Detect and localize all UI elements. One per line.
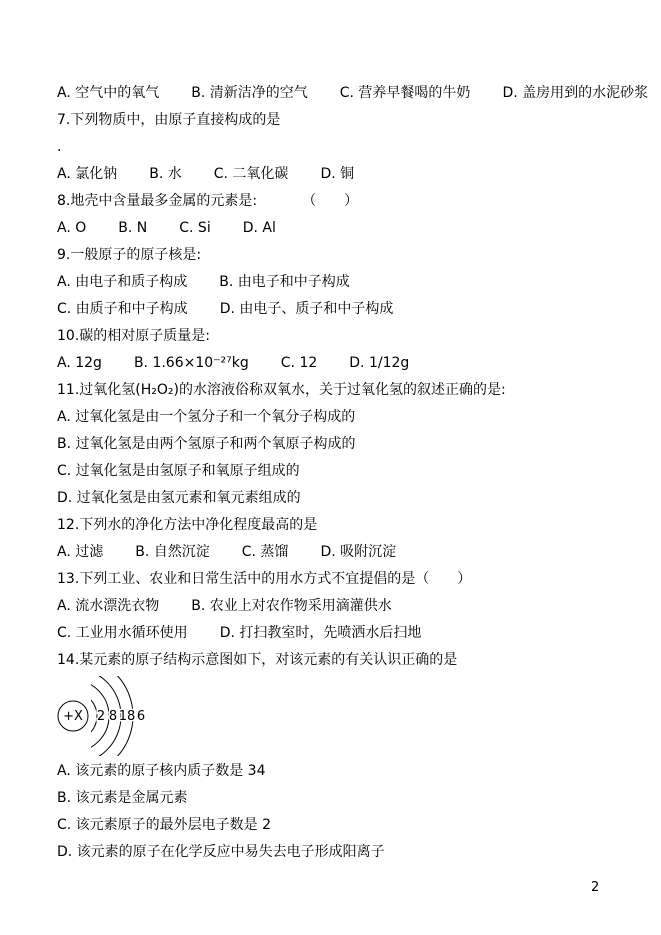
q7-stem: 7.下列物质中，由原子直接构成的是 [57, 107, 643, 134]
q13-options-cd: C. 工业用水循环使用D. 打扫教室时，先喷洒水后扫地 [57, 620, 643, 647]
q9-stem: 9.一般原子的原子核是: [57, 242, 643, 269]
option: C. Si [179, 215, 210, 242]
option: A. 12g [57, 350, 102, 377]
option: B. 过氧化氢是由两个氢原子和两个氧原子构成的 [57, 431, 356, 458]
page-number: 2 [591, 880, 599, 896]
q14-option-b: B. 该元素是金属元素 [57, 785, 643, 812]
option: D. 吸附沉淀 [320, 539, 396, 566]
q11-stem: 11.过氧化氢(H₂O₂)的水溶液俗称双氧水，关于过氧化氢的叙述正确的是: [57, 377, 643, 404]
option: B. 清新洁净的空气 [191, 80, 308, 107]
atom-structure-svg: +X28186 [53, 676, 173, 756]
stem-text: 13.下列工业、农业和日常生活中的用水方式不宜提倡的是（ ） [57, 571, 471, 587]
option: B. 该元素是金属元素 [57, 785, 188, 812]
q14-option-c: C. 该元素原子的最外层电子数是 2 [57, 812, 643, 839]
answer-bracket: （ ） [302, 193, 358, 209]
option: B. 自然沉淀 [135, 539, 210, 566]
option: C. 蒸馏 [242, 539, 289, 566]
option: A. 由电子和质子构成 [57, 269, 187, 296]
option: C. 该元素原子的最外层电子数是 2 [57, 812, 271, 839]
stem-text: 10.碳的相对原子质量是: [57, 328, 210, 344]
option: D. 该元素的原子在化学反应中易失去电子形成阳离子 [57, 839, 385, 866]
option: C. 二氧化碳 [214, 161, 289, 188]
option: C. 工业用水循环使用 [57, 620, 188, 647]
option: C. 营养早餐喝的牛奶 [340, 80, 471, 107]
q12-options: A. 过滤B. 自然沉淀C. 蒸馏D. 吸附沉淀 [57, 539, 643, 566]
q10-stem: 10.碳的相对原子质量是: [57, 323, 643, 350]
option: A. 过滤 [57, 539, 103, 566]
option: D. Al [243, 215, 276, 242]
option: D. 打扫教室时，先喷洒水后扫地 [220, 620, 422, 647]
shell-electron-count: 8 [109, 709, 117, 724]
q13-stem: 13.下列工业、农业和日常生活中的用水方式不宜提倡的是（ ） [57, 566, 643, 593]
stem-text: 14.某元素的原子结构示意图如下，对该元素的有关认识正确的是 [57, 652, 457, 668]
option: B. 1.66×10⁻²⁷kg [134, 350, 249, 377]
stem-text: 11.过氧化氢(H₂O₂)的水溶液俗称双氧水，关于过氧化氢的叙述正确的是: [57, 382, 506, 398]
nucleus-label: +X [63, 709, 83, 724]
q8-options: A. OB. NC. SiD. Al [57, 215, 643, 242]
option: D. 过氧化氢是由氢元素和氧元素组成的 [57, 485, 301, 512]
option: B. 农业上对农作物采用滴灌供水 [191, 593, 392, 620]
q14-stem: 14.某元素的原子结构示意图如下，对该元素的有关认识正确的是 [57, 647, 643, 674]
stem-text: 12.下列水的净化方法中净化程度最高的是 [57, 517, 317, 533]
q14-option-a: A. 该元素的原子核内质子数是 34 [57, 758, 643, 785]
option: A. 过氧化氢是由一个氢分子和一个氧分子构成的 [57, 404, 355, 431]
option: D. 盖房用到的水泥砂浆 [502, 80, 648, 107]
option: D. 铜 [320, 161, 354, 188]
q9-options-ab: A. 由电子和质子构成B. 由电子和中子构成 [57, 269, 643, 296]
atom-structure-diagram: +X28186 [53, 676, 643, 758]
option: C. 12 [281, 350, 318, 377]
stem-text: . [57, 139, 61, 155]
q12-stem: 12.下列水的净化方法中净化程度最高的是 [57, 512, 643, 539]
shell-electron-count: 2 [97, 709, 105, 724]
stem-text: 8.地壳中含量最多金属的元素是: [57, 193, 257, 209]
stem-text: 9.一般原子的原子核是: [57, 247, 201, 263]
document-content: A. 空气中的氧气B. 清新洁净的空气C. 营养早餐喝的牛奶D. 盖房用到的水泥… [57, 80, 643, 866]
option: B. 水 [149, 161, 182, 188]
q11-option-c: C. 过氧化氢是由氢原子和氧原子组成的 [57, 458, 643, 485]
q6-options: A. 空气中的氧气B. 清新洁净的空气C. 营养早餐喝的牛奶D. 盖房用到的水泥… [57, 80, 643, 107]
shell-electron-count: 18 [119, 709, 136, 724]
shell-electron-count: 6 [137, 709, 145, 724]
option: B. 由电子和中子构成 [219, 269, 350, 296]
q13-options-ab: A. 流水漂洗衣物B. 农业上对农作物采用滴灌供水 [57, 593, 643, 620]
q11-option-b: B. 过氧化氢是由两个氢原子和两个氧原子构成的 [57, 431, 643, 458]
option: A. 氯化钠 [57, 161, 117, 188]
exam-document-page: A. 空气中的氧气B. 清新洁净的空气C. 营养早餐喝的牛奶D. 盖房用到的水泥… [0, 0, 661, 935]
option: C. 由质子和中子构成 [57, 296, 188, 323]
option: D. 由电子、质子和中子构成 [220, 296, 394, 323]
option: B. N [118, 215, 147, 242]
q11-option-d: D. 过氧化氢是由氢元素和氧元素组成的 [57, 485, 643, 512]
q9-options-cd: C. 由质子和中子构成D. 由电子、质子和中子构成 [57, 296, 643, 323]
q7-options: A. 氯化钠B. 水C. 二氧化碳D. 铜 [57, 161, 643, 188]
option: D. 1/12g [349, 350, 409, 377]
q11-option-a: A. 过氧化氢是由一个氢分子和一个氧分子构成的 [57, 404, 643, 431]
stem-text: 7.下列物质中，由原子直接构成的是 [57, 112, 280, 128]
option: A. 空气中的氧气 [57, 80, 159, 107]
q14-option-d: D. 该元素的原子在化学反应中易失去电子形成阳离子 [57, 839, 643, 866]
q8-stem: 8.地壳中含量最多金属的元素是:（ ） [57, 188, 643, 215]
stray-period: . [57, 134, 643, 161]
option: C. 过氧化氢是由氢原子和氧原子组成的 [57, 458, 300, 485]
option: A. 流水漂洗衣物 [57, 593, 159, 620]
option: A. O [57, 215, 86, 242]
q10-options: A. 12gB. 1.66×10⁻²⁷kgC. 12D. 1/12g [57, 350, 643, 377]
option: A. 该元素的原子核内质子数是 34 [57, 758, 266, 785]
